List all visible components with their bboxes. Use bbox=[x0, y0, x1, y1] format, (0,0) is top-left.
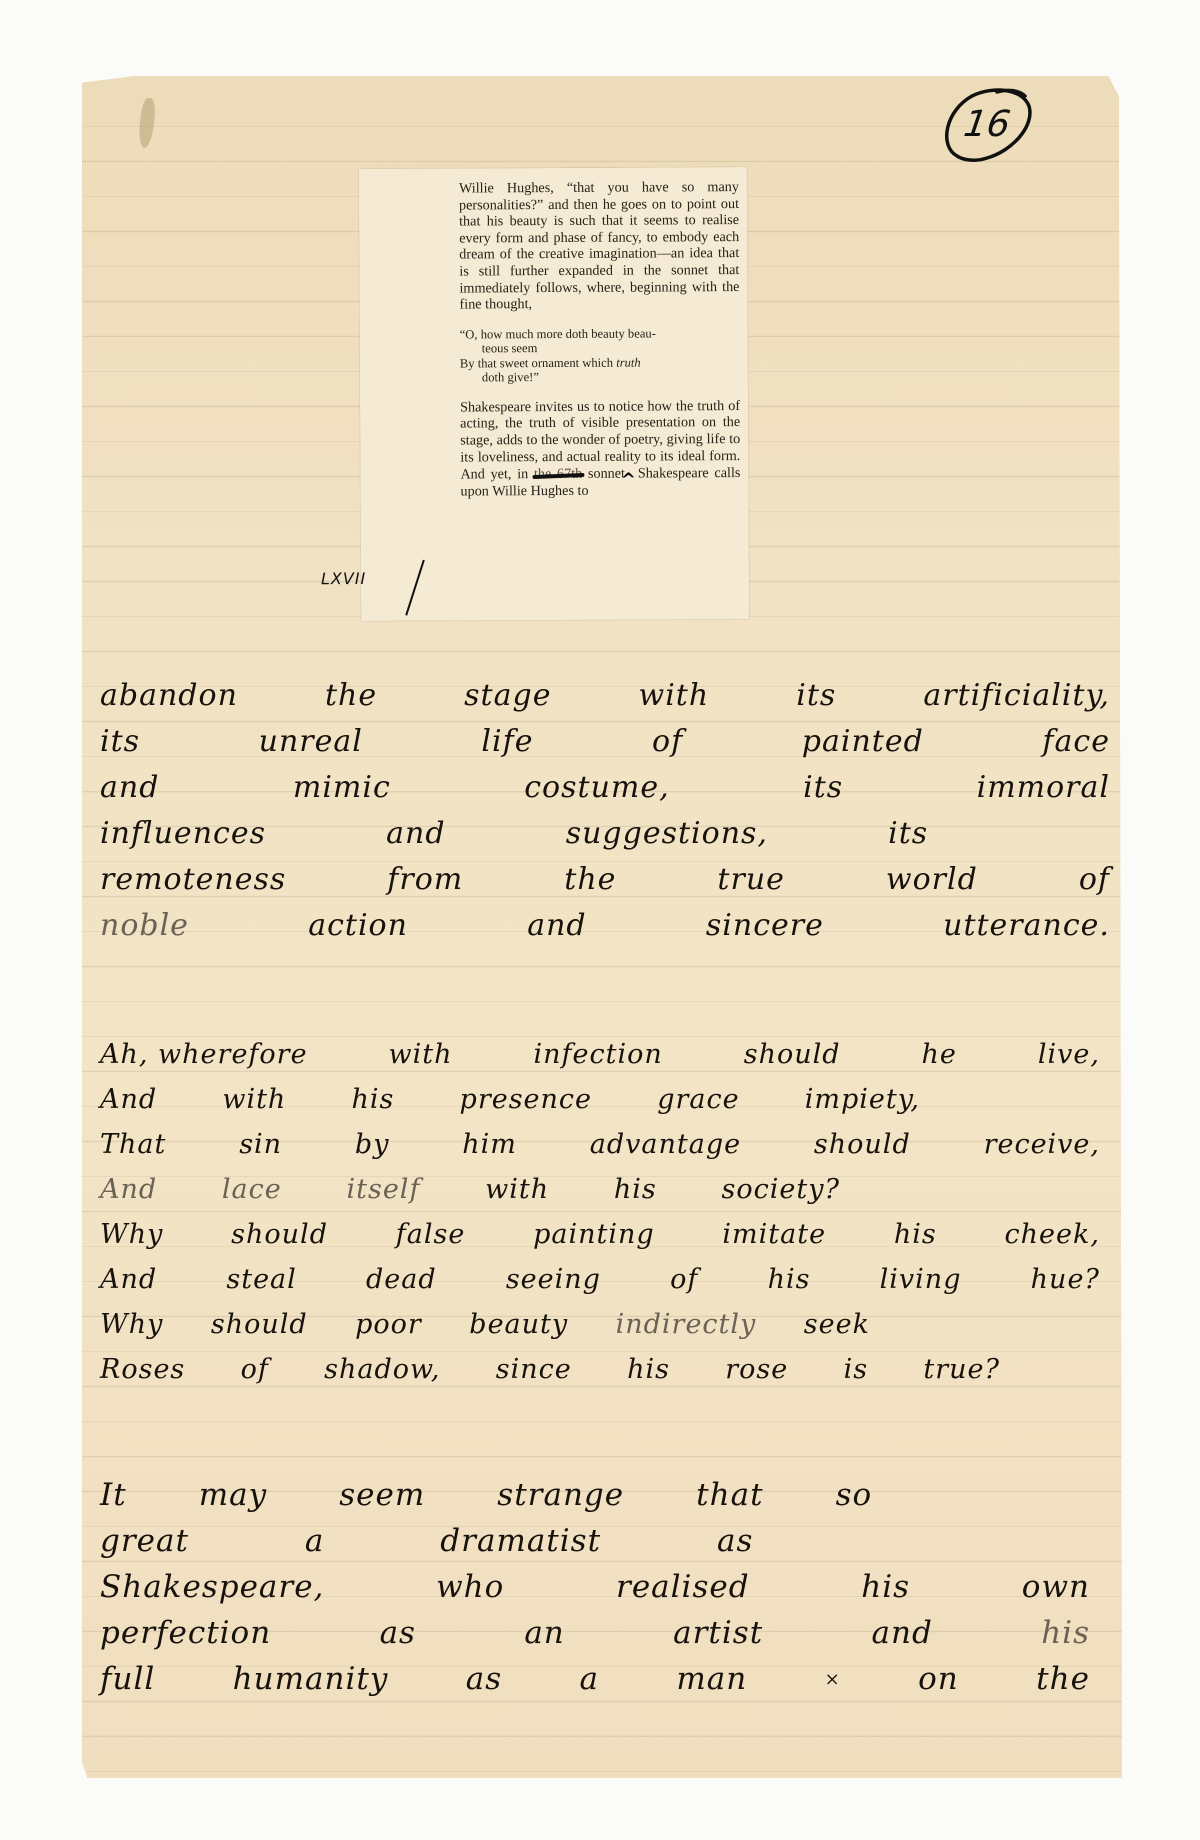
handwritten-line: influences and suggestions, its bbox=[100, 810, 928, 856]
word: advantage bbox=[590, 1129, 741, 1160]
word: face bbox=[1042, 724, 1110, 759]
word: Why bbox=[100, 1219, 163, 1250]
word: the bbox=[564, 862, 616, 897]
word: may bbox=[199, 1477, 267, 1513]
word: great bbox=[100, 1523, 189, 1559]
clipping-paragraph-1: Willie Hughes, “that you have so many pe… bbox=[459, 179, 740, 313]
word: It bbox=[100, 1477, 127, 1513]
word: his bbox=[768, 1264, 811, 1295]
word: his bbox=[894, 1219, 937, 1250]
word: utterance. bbox=[943, 908, 1110, 943]
handwritten-line: It may seem strange that so bbox=[100, 1472, 872, 1518]
insertion-caret-icon: ^ bbox=[621, 473, 636, 490]
word: impiety, bbox=[805, 1084, 920, 1115]
quote-italic-word: truth bbox=[616, 355, 641, 369]
quote-line: doth give!” bbox=[460, 369, 740, 385]
handwritten-line: Shakespeare, who realised his own bbox=[100, 1564, 1090, 1610]
word: who bbox=[436, 1569, 504, 1605]
word: perfection bbox=[100, 1615, 271, 1651]
word: his bbox=[627, 1354, 670, 1385]
word: Shakespeare, bbox=[100, 1569, 324, 1605]
margin-annotation: LXVII bbox=[321, 569, 366, 588]
word: unreal bbox=[259, 724, 363, 759]
margin-slash-mark bbox=[405, 560, 425, 616]
word: of bbox=[241, 1354, 269, 1385]
word: with bbox=[389, 1039, 453, 1070]
word: mimic bbox=[293, 770, 391, 805]
word: world bbox=[886, 862, 978, 897]
word: and bbox=[527, 908, 586, 943]
word: beauty bbox=[469, 1309, 568, 1340]
word: since bbox=[496, 1354, 572, 1385]
word: stage bbox=[464, 678, 551, 713]
handwritten-line: noble action and sincere utterance. bbox=[100, 902, 1110, 948]
clipping-paragraph-2: Shakespeare invites us to notice how the… bbox=[460, 398, 741, 500]
handwritten-line: great a dramatist as bbox=[100, 1518, 753, 1564]
word: is bbox=[844, 1354, 869, 1385]
word: dramatist bbox=[440, 1523, 601, 1559]
word: the bbox=[325, 678, 377, 713]
word: true? bbox=[923, 1354, 1000, 1385]
handwritten-line: Why should false painting imitate his ch… bbox=[100, 1212, 1100, 1257]
word: abandon bbox=[100, 678, 238, 713]
word: immoral bbox=[977, 770, 1110, 805]
word: life bbox=[481, 724, 533, 759]
word: seeing bbox=[506, 1264, 601, 1295]
word: and bbox=[872, 1615, 933, 1651]
word: he bbox=[922, 1039, 957, 1070]
word: an bbox=[524, 1615, 564, 1651]
word: Why bbox=[100, 1309, 163, 1340]
handwritten-line: Ah, wherefore with infection should he l… bbox=[100, 1032, 1100, 1077]
word: true bbox=[717, 862, 784, 897]
handwritten-line: remoteness from the true world of bbox=[100, 856, 1110, 902]
word: with bbox=[485, 1174, 549, 1205]
struck-through-text: the 67th bbox=[534, 466, 582, 482]
word: grace bbox=[657, 1084, 739, 1115]
handwritten-line: And with his presence grace impiety, bbox=[100, 1077, 920, 1122]
sonnet-quote: “O, how much more doth beauty beau- teou… bbox=[460, 326, 740, 385]
word: live, bbox=[1038, 1039, 1100, 1070]
handwritten-line: And steal dead seeing of his living hue? bbox=[100, 1257, 1100, 1302]
word: realised bbox=[616, 1569, 750, 1605]
word: sin bbox=[239, 1129, 282, 1160]
word: his bbox=[1041, 1615, 1090, 1651]
word: indirectly bbox=[616, 1309, 757, 1340]
manuscript-sheet: 16 Willie Hughes, “that you have so many… bbox=[82, 76, 1140, 1778]
word: shadow, bbox=[324, 1354, 440, 1385]
word: itself bbox=[346, 1174, 420, 1205]
word: false bbox=[396, 1219, 466, 1250]
word: costume, bbox=[524, 770, 669, 805]
word: full bbox=[100, 1661, 155, 1697]
word: remoteness bbox=[100, 862, 286, 897]
word: a bbox=[580, 1661, 599, 1697]
word: its bbox=[888, 816, 928, 851]
word: seek bbox=[804, 1309, 870, 1340]
word: That bbox=[100, 1129, 166, 1160]
word: artist bbox=[673, 1615, 763, 1651]
word: of bbox=[670, 1264, 698, 1295]
word: as bbox=[717, 1523, 753, 1559]
handwritten-sonnet-quote: Ah, wherefore with infection should he l… bbox=[100, 1032, 1100, 1392]
quote-line: “O, how much more doth beauty beau- bbox=[460, 326, 656, 341]
word: Ah, wherefore bbox=[100, 1039, 308, 1070]
page-number-text: 16 bbox=[934, 104, 1040, 145]
word: man bbox=[676, 1661, 747, 1697]
handwritten-line: Roses of shadow, since his rose is true? bbox=[100, 1347, 1000, 1392]
word: and bbox=[100, 770, 159, 805]
handwritten-line: That sin by him advantage should receive… bbox=[100, 1122, 1100, 1167]
word: rose bbox=[725, 1354, 788, 1385]
word: And bbox=[100, 1174, 157, 1205]
page-number-circled: 16 bbox=[937, 86, 1037, 166]
word: painted bbox=[802, 724, 924, 759]
word: his bbox=[614, 1174, 657, 1205]
printed-clipping: Willie Hughes, “that you have so many pe… bbox=[359, 167, 749, 621]
word: so bbox=[836, 1477, 873, 1513]
word: its bbox=[803, 770, 843, 805]
word: influences bbox=[100, 816, 266, 851]
word: sincere bbox=[706, 908, 824, 943]
word: own bbox=[1022, 1569, 1090, 1605]
handwritten-line: Why should poor beauty indirectly seek bbox=[100, 1302, 870, 1347]
word: his bbox=[861, 1569, 910, 1605]
word: painting bbox=[533, 1219, 655, 1250]
word: its bbox=[100, 724, 140, 759]
word: and bbox=[386, 816, 445, 851]
word: on bbox=[918, 1661, 959, 1697]
word: of bbox=[652, 724, 683, 759]
handwritten-block-3: It may seem strange that so great a dram… bbox=[100, 1472, 1090, 1702]
word: as bbox=[466, 1661, 502, 1697]
word: artificiality, bbox=[923, 678, 1110, 713]
word: noble bbox=[100, 908, 189, 943]
word: strange bbox=[497, 1477, 624, 1513]
word: that bbox=[696, 1477, 763, 1513]
word: should bbox=[744, 1039, 841, 1070]
word: And bbox=[100, 1084, 157, 1115]
handwritten-block-1: abandon the stage with its artificiality… bbox=[100, 672, 1110, 948]
word: should bbox=[211, 1309, 308, 1340]
word: lace bbox=[222, 1174, 282, 1205]
handwritten-line: And lace itself with his society? bbox=[100, 1167, 840, 1212]
paragraph-text: sonnet bbox=[582, 466, 625, 482]
word: a bbox=[305, 1523, 324, 1559]
word: him bbox=[462, 1129, 517, 1160]
handwritten-line: perfection as an artist and his bbox=[100, 1610, 1090, 1656]
word: of bbox=[1079, 862, 1110, 897]
word: should bbox=[814, 1129, 911, 1160]
word: dead bbox=[366, 1264, 437, 1295]
word: the bbox=[1036, 1661, 1090, 1697]
word: imitate bbox=[722, 1219, 826, 1250]
word: presence bbox=[460, 1084, 593, 1115]
word: its bbox=[796, 678, 836, 713]
word: should bbox=[231, 1219, 328, 1250]
word: living bbox=[880, 1264, 962, 1295]
word: seem bbox=[339, 1477, 425, 1513]
handwritten-line: full humanity as a man × on the bbox=[100, 1656, 1090, 1702]
clipping-text: Willie Hughes, “that you have so many pe… bbox=[459, 179, 741, 500]
word: hue? bbox=[1031, 1264, 1100, 1295]
word: by bbox=[355, 1129, 390, 1160]
word: his bbox=[351, 1084, 394, 1115]
handwritten-line: its unreal life of painted face bbox=[100, 718, 1110, 764]
word: And bbox=[100, 1264, 157, 1295]
word: as bbox=[380, 1615, 416, 1651]
word: with bbox=[639, 678, 710, 713]
word: receive, bbox=[984, 1129, 1100, 1160]
word: action bbox=[308, 908, 408, 943]
word: steal bbox=[226, 1264, 296, 1295]
quote-line: By that sweet ornament which bbox=[460, 355, 616, 370]
word: with bbox=[222, 1084, 286, 1115]
word: Roses bbox=[100, 1354, 185, 1385]
handwritten-line: abandon the stage with its artificiality… bbox=[100, 672, 1110, 718]
handwritten-line: and mimic costume, its immoral bbox=[100, 764, 1110, 810]
word: infection bbox=[534, 1039, 663, 1070]
word: suggestions, bbox=[566, 816, 768, 851]
word: poor bbox=[355, 1309, 422, 1340]
word: society? bbox=[722, 1174, 840, 1205]
quote-line: teous seem bbox=[460, 340, 740, 356]
insertion-mark-icon: × bbox=[825, 1669, 841, 1690]
word: from bbox=[387, 862, 463, 897]
word: humanity bbox=[233, 1661, 389, 1697]
word: cheek, bbox=[1005, 1219, 1100, 1250]
